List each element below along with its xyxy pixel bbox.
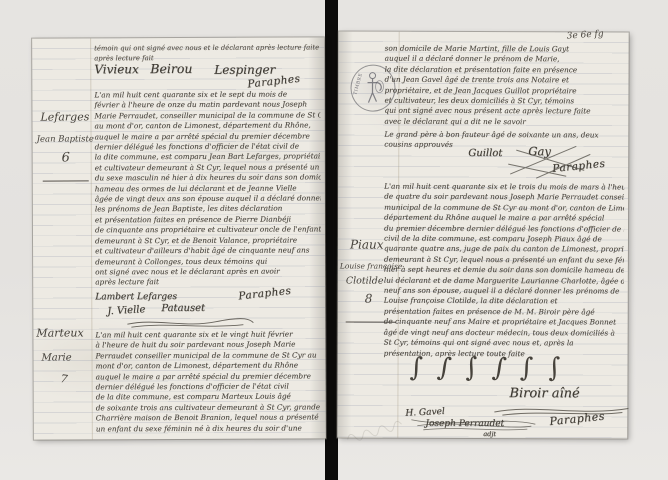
witness-signature: Vivieux [94,62,139,76]
margin-note-act-number: 8 [365,292,373,306]
margin-note-underline [43,180,89,181]
margin-note-given-name: Jean Baptiste [37,134,94,144]
handwritten-line: de cinquante ans propriétaire et cultiva… [95,225,321,236]
pen-flourish-mark: ∫ [436,353,452,382]
margin-note-given-name-2: Clotilde [346,276,384,287]
book-binding-gutter [325,0,338,480]
handwritten-line: auquel il a déclaré donner le prénom de … [385,54,623,65]
signature-underline-flourish [409,414,539,432]
handwritten-line: hier à sept heures et demie du soir dans… [384,265,624,276]
witness-signature: Lespinger [214,63,275,77]
pen-flourish-mark: ∫ [491,353,507,382]
handwritten-line: témoin qui ont signé avec nous et le déc… [94,42,322,53]
birth-act-text: son domicile de Marie Martint, fille de … [384,44,622,128]
birth-act-text: L'an mil huit cent quarante six et le vi… [95,329,323,434]
pen-flourish-mark: ∫ [520,354,534,382]
pen-flourish-row: ∫∫∫∫∫∫ [409,354,560,383]
handwritten-line: un enfant du sexe féminin né à dix heure… [96,423,324,434]
birth-act-text: L'an mil huit cent quarante six et le se… [94,89,321,288]
handwritten-line: Louise françoise Clotilde, la dite décla… [384,296,624,307]
margin-note-surname: Lefarges [40,110,89,123]
right-page: 3e 6e fg TIMBRE Piaux Louise françoise C… [337,31,628,438]
handwritten-line: et cultivateur d'ailleurs d'habit âgé de… [95,245,321,256]
witness-signature: Patauset [161,303,205,314]
handwritten-line: de cinquante neuf ans Maire et propriéta… [384,317,624,328]
handwritten-line: la dite commune, est comparu Jean Bart L… [95,152,321,163]
birth-act-text: L'an mil huit cent quarante six et le tr… [384,182,625,360]
act-fragment-text: témoin qui ont signé avec nous et le déc… [94,42,322,63]
margin-note-given-name: Marie [41,352,71,363]
pen-flourish-mark: ∫ [409,354,423,382]
handwritten-line: St Cyr, témoins qui ont signé avec nous … [384,338,624,349]
handwritten-line: quarante quatre ans, juge de paix du can… [384,244,624,255]
handwritten-line: de quatre du soir pardevant nous Joseph … [384,192,624,203]
handwritten-line: mont d'or, canton de Limonest, départeme… [96,361,324,372]
handwritten-line: de la dite commune, est comparu Marteux … [96,392,324,403]
handwritten-line: à l'heure de huit du soir pardevant nous… [95,340,323,351]
handwritten-line: d'un Jean Gavel âgé de trente trois ans … [385,75,623,86]
handwritten-line: Charrière maison de Benoit Branion, lequ… [96,413,324,424]
handwritten-line: avec le déclarant qui a dit ne le savoir [384,116,622,127]
declarant-signature: Lambert Lefarges [95,292,177,302]
left-page: Lefarges Jean Baptiste 6 Marteux Marie 7… [32,37,326,439]
signature-underline-flourish [125,316,255,331]
handwritten-line: du sexe masculin né hier à dix heures du… [95,173,321,184]
handwritten-line: département du Rhône auquel le maire a p… [384,213,624,224]
margin-note-surname: Marteux [36,326,83,339]
manuscript-scan: Lefarges Jean Baptiste 6 Marteux Marie 7… [0,0,668,480]
handwritten-line: février à l'heure de onze du matin parde… [94,100,320,111]
witness-signature: Beirou [150,61,192,76]
handwritten-line: au mont d'or, canton de Limonest, départ… [94,121,320,132]
handwritten-line: auquel le maire a par arrêté spécial du … [96,371,324,382]
margin-note-act-number: 6 [62,150,70,165]
stamp-figure-icon [360,71,386,105]
handwritten-line: qui ont signé avec nous présent acte apr… [384,106,622,117]
mayor-signature: Biroir aîné [509,386,579,401]
pen-flourish-mark: ∫ [546,354,562,383]
witness-signature: Guillot [468,148,502,159]
pen-flourish-mark: ∫ [463,353,479,382]
handwritten-line: âgée de vingt deux ans son épouse auquel… [95,193,321,204]
margin-note-surname: Piaux [350,238,384,252]
